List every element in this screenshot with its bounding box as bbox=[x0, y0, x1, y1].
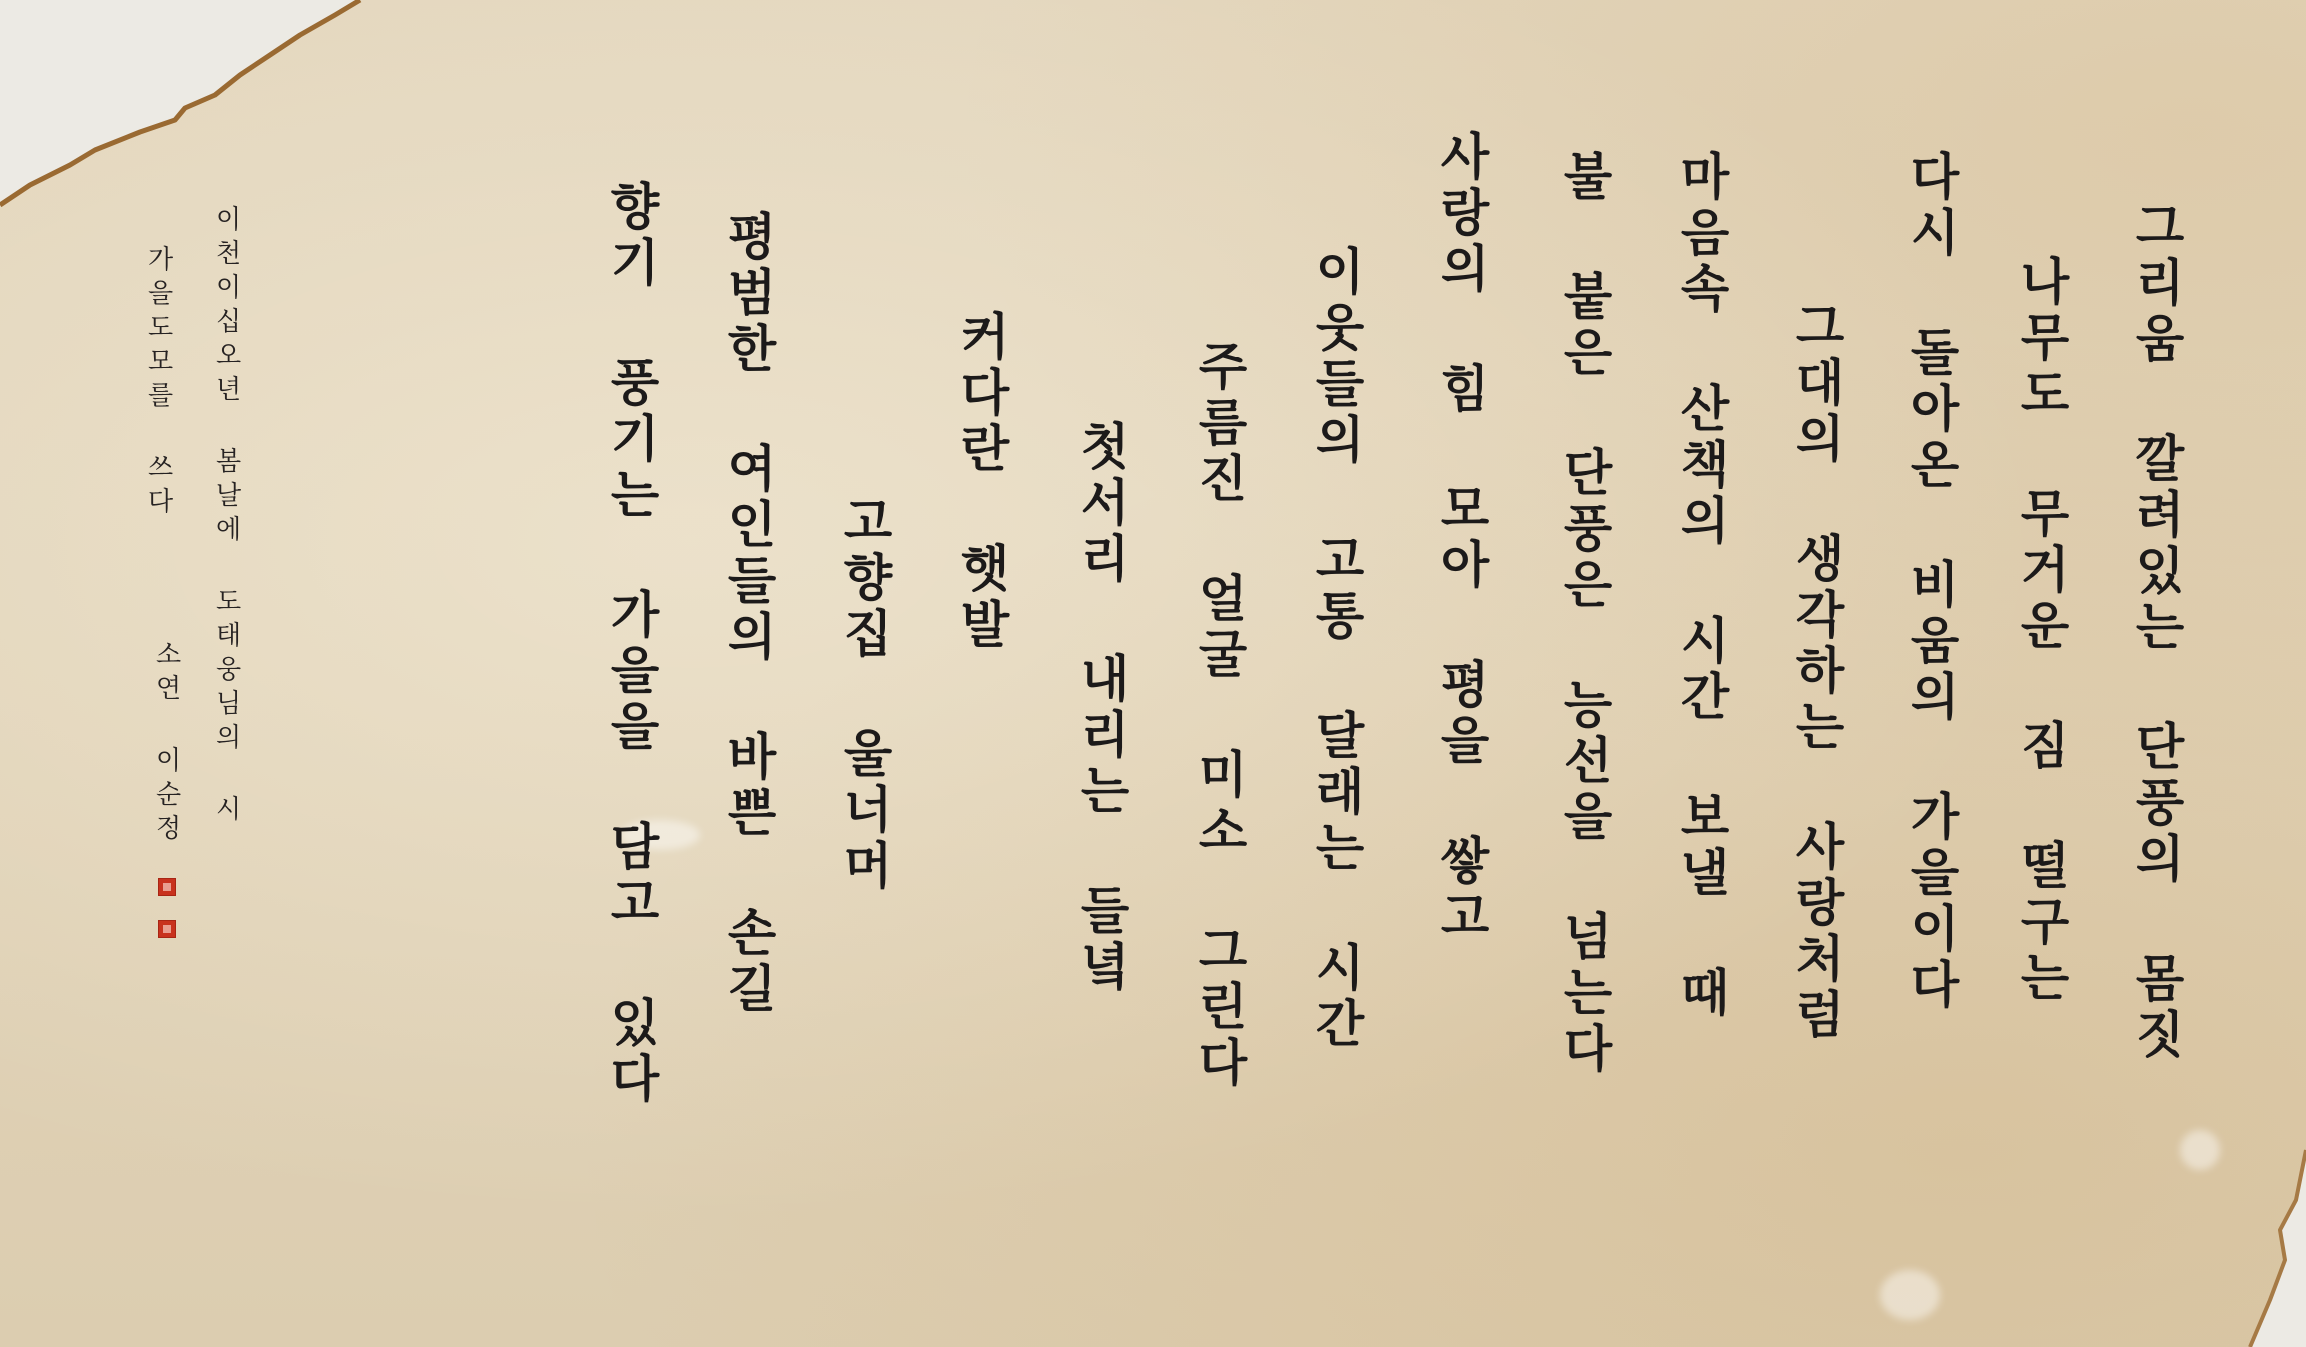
poem-line-13: 평범한 여인들의 바쁜 손길 bbox=[712, 210, 784, 1018]
poem-line-5: 마음속 산책의 시간 보낼 때 bbox=[1665, 150, 1737, 1022]
poem-line-11: 커다란 햇발 bbox=[945, 310, 1017, 654]
poem-line-9: 주름진 얼굴 미소 그린다 bbox=[1183, 340, 1255, 1092]
poem-line-4: 그대의 생각하는 사랑처럼 bbox=[1780, 300, 1852, 1044]
paper-stain bbox=[1880, 1270, 1940, 1320]
poem-line-10: 첫서리 내리는 들녘 bbox=[1065, 420, 1137, 996]
poem-line-14: 향기 풍기는 가을을 담고 있다 bbox=[595, 180, 667, 1108]
poem-line-6: 불 붙은 단풍은 능선을 넘는다 bbox=[1548, 150, 1620, 1078]
poem-line-2: 나무도 무거운 짐 떨구는 bbox=[2005, 255, 2077, 1007]
poem-line-8: 이웃들의 고통 달래는 시간 bbox=[1300, 245, 1372, 1053]
paper-stain bbox=[2180, 1130, 2220, 1170]
artist-seal-1 bbox=[158, 878, 176, 896]
signature-date-line: 이천이십오년 봄날에 도태웅님의 시 bbox=[208, 205, 245, 829]
poem-line-1: 그리움 깔려있는 단풍의 몸짓 bbox=[2120, 200, 2192, 1064]
signature-title-line: 가을도모를 쓰다 bbox=[140, 245, 177, 521]
poem-line-7: 사랑의 힘 모아 평을 쌓고 bbox=[1425, 130, 1497, 946]
artist-seal-2 bbox=[158, 920, 176, 938]
poem-line-12: 고향집 울너머 bbox=[828, 495, 900, 895]
poem-line-3: 다시 돌아온 비움의 가을이다 bbox=[1895, 150, 1967, 1014]
artist-name: 소연 이순정 bbox=[148, 640, 185, 848]
